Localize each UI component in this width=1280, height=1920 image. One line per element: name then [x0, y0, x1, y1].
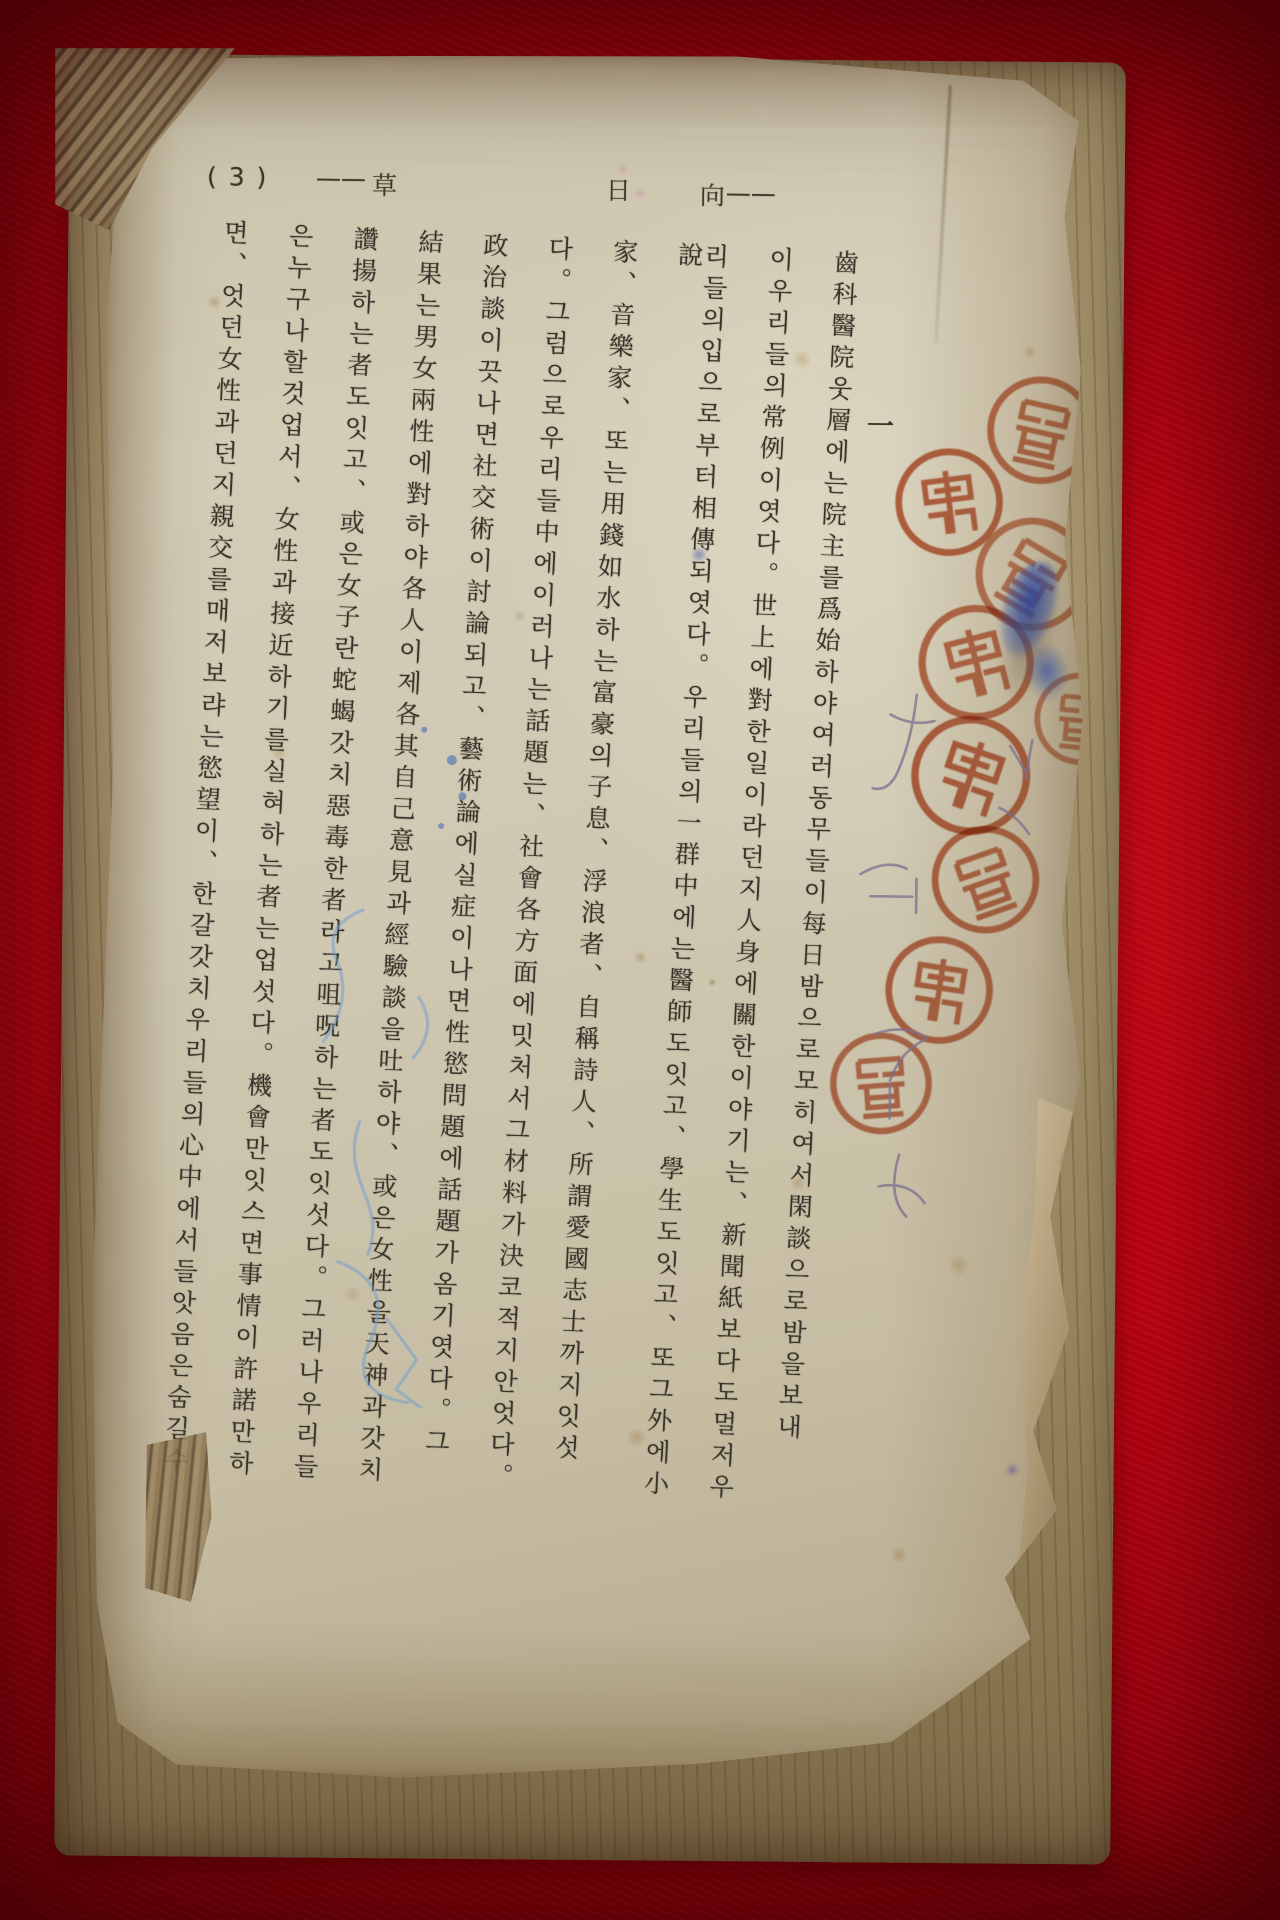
section-number: 一 [867, 404, 894, 443]
edge-wear [145, 1431, 213, 1602]
blue-ink-stain [1006, 1464, 1018, 1476]
handwriting-ink [826, 686, 1073, 1255]
page-text-block: 齒科醫院웃層에는院主를爲始하야여러동무들이每日밤으로모히여서閑談으로밤을보내이우… [166, 219, 858, 1528]
title-dash-left: —— [316, 163, 366, 193]
page-crease [934, 85, 951, 343]
photo-background: ( 3 ) —— 草 日 向 —— 一 齒科醫院웃層에는院主를爲始하야여러동무들… [0, 0, 1280, 1920]
title-dash-right: —— [726, 178, 776, 208]
book-page: ( 3 ) —— 草 日 向 —— 一 齒科醫院웃層에는院主를爲始하야여러동무들… [85, 49, 1126, 1786]
title-char-il: 日 [606, 171, 633, 207]
page-number-label: ( 3 ) [207, 162, 269, 192]
blue-scribble-marks [294, 696, 493, 1408]
title-char-cho: 草 [372, 166, 399, 202]
text-column: 리들의입으로부터相傳되엿다。우리들의一群中에는醫師도잇고、學生도잇고、또그外에小… [614, 241, 728, 1522]
title-char-hyang: 向 [700, 176, 727, 212]
